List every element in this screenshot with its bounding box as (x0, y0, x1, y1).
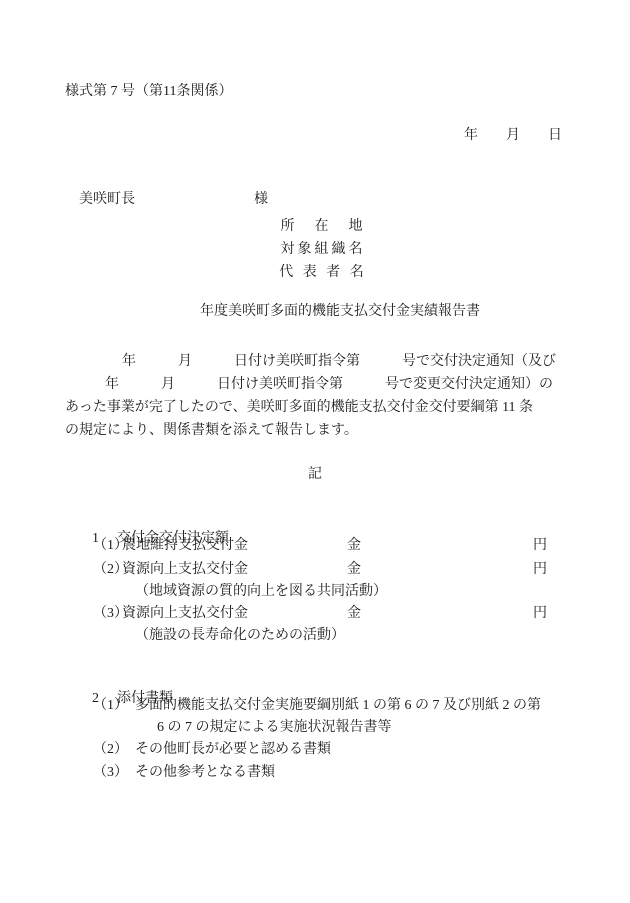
grant-row-1-amount-unit: 円 (533, 537, 547, 554)
document-title: 年度美咲町多面的機能支払交付金実績報告書 (200, 303, 480, 320)
addressee-honorific: 様 (254, 192, 268, 207)
grant-row-2-amount-prefix: 金 (347, 561, 361, 578)
sender-address-label: 所 在 地 (248, 218, 398, 235)
attachment-row-3-no: （3） (93, 764, 128, 781)
form-number: 様式第 7 号（第11条関係） (65, 83, 232, 100)
sender-organization-label: 対象組織名 (248, 241, 398, 258)
attachment-row-2: （2） その他町長が必要と認める書類 (0, 741, 630, 758)
addressee-name: 美咲町長 (79, 192, 135, 207)
grant-row-1-label: 農地維持支払交付金 (122, 537, 248, 554)
body-line-2: 年 月 日付け美咲町指令第 号で変更交付決定通知）の (105, 376, 553, 393)
grant-row-2-label: 資源向上支払交付金 (122, 561, 248, 578)
grant-row-1-amount-prefix: 金 (347, 537, 361, 554)
attachment-row-2-no: （2） (93, 741, 128, 758)
attachment-row-3: （3） その他参考となる書類 (0, 764, 630, 781)
body-line-1: 年 月 日付け美咲町指令第 号で交付決定通知（及び (122, 353, 556, 370)
attachment-row-1-label: 多面的機能支払交付金実施要綱別紙 1 の第 6 の 7 及び別紙 2 の第 (135, 697, 541, 714)
attachment-row-3-label: その他参考となる書類 (135, 764, 275, 781)
grant-row-1: （1） 農地維持支払交付金 金 円 (0, 537, 630, 554)
grant-row-3-label: 資源向上支払交付金 (122, 605, 248, 622)
grant-row-3: （3） 資源向上支払交付金 金 円 (0, 605, 630, 622)
grant-row-2-amount-unit: 円 (533, 561, 547, 578)
attachment-row-2-label: その他町長が必要と認める書類 (135, 741, 331, 758)
document-page: 様式第 7 号（第11条関係） 年 月 日 美咲町長様 所 在 地 対象組織名 … (0, 0, 630, 903)
attachment-row-1-label-line2: 6 の 7 の規定による実施状況報告書等 (157, 719, 392, 736)
grant-row-3-amount-unit: 円 (533, 605, 547, 622)
attachment-row-1: （1） 多面的機能支払交付金実施要綱別紙 1 の第 6 の 7 及び別紙 2 の… (0, 697, 630, 714)
sender-representative-label: 代 表 者 名 (248, 264, 398, 281)
date-line: 年 月 日 (0, 127, 630, 144)
grant-row-2: （2） 資源向上支払交付金 金 円 (0, 561, 630, 578)
grant-row-2-note: （地域資源の質的向上を図る共同活動） (135, 583, 387, 600)
grant-row-3-note: （施設の長寿命化のための活動） (135, 627, 345, 644)
addressee-line: 美咲町長様 (65, 174, 268, 225)
attachment-row-1-no: （1） (93, 697, 128, 714)
grant-row-3-amount-prefix: 金 (347, 605, 361, 622)
body-line-4: の規定により、関係書類を添えて報告します。 (65, 422, 358, 439)
record-marker: 記 (0, 466, 630, 483)
body-line-3: あった事業が完了したので、美咲町多面的機能支払交付金交付要綱第 11 条 (65, 399, 533, 416)
